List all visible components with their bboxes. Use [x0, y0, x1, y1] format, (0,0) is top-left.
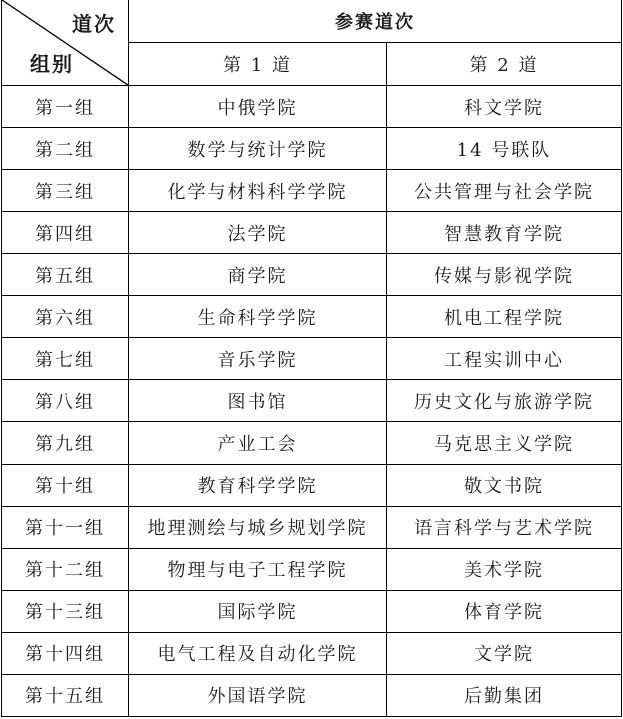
lanes-group-header: 参赛道次: [129, 0, 622, 43]
lane2-cell: 智慧教育学院: [387, 212, 622, 254]
group-cell: 第十三组: [2, 590, 129, 632]
lane1-cell: 商学院: [129, 254, 387, 296]
table-row: 第八组 图书馆 历史文化与旅游学院: [2, 380, 622, 422]
lane1-cell: 外国语学院: [129, 674, 387, 716]
column-header-lane-1: 第 1 道: [129, 43, 387, 86]
group-cell: 第十二组: [2, 548, 129, 590]
lane2-cell: 语言科学与艺术学院: [387, 506, 622, 548]
diagonal-header-cell: 道次 组别: [2, 0, 129, 86]
lane1-cell: 生命科学学院: [129, 296, 387, 338]
lane2-cell: 马克思主义学院: [387, 422, 622, 464]
group-cell: 第八组: [2, 380, 129, 422]
lane2-cell: 历史文化与旅游学院: [387, 380, 622, 422]
group-cell: 第五组: [2, 254, 129, 296]
lane2-cell: 敬文书院: [387, 464, 622, 506]
lane2-cell: 体育学院: [387, 590, 622, 632]
table-row: 第三组 化学与材料科学学院 公共管理与社会学院: [2, 170, 622, 212]
lane2-cell: 文学院: [387, 632, 622, 674]
lane2-cell: 14 号联队: [387, 128, 622, 170]
lane1-cell: 地理测绘与城乡规划学院: [129, 506, 387, 548]
table-row: 第十五组 外国语学院 后勤集团: [2, 674, 622, 716]
lane2-cell: 工程实训中心: [387, 338, 622, 380]
group-cell: 第十组: [2, 464, 129, 506]
lane1-cell: 音乐学院: [129, 338, 387, 380]
lane1-cell: 电气工程及自动化学院: [129, 632, 387, 674]
lane1-cell: 图书馆: [129, 380, 387, 422]
lane1-cell: 物理与电子工程学院: [129, 548, 387, 590]
table-row: 第十组 教育科学学院 敬文书院: [2, 464, 622, 506]
lane2-cell: 后勤集团: [387, 674, 622, 716]
lane1-cell: 化学与材料科学学院: [129, 170, 387, 212]
column-header-lane-2: 第 2 道: [387, 43, 622, 86]
lane2-cell: 机电工程学院: [387, 296, 622, 338]
lane2-cell: 公共管理与社会学院: [387, 170, 622, 212]
group-cell: 第一组: [2, 86, 129, 128]
table-row: 第二组 数学与统计学院 14 号联队: [2, 128, 622, 170]
table-row: 第九组 产业工会 马克思主义学院: [2, 422, 622, 464]
lane1-cell: 国际学院: [129, 590, 387, 632]
lane1-cell: 产业工会: [129, 422, 387, 464]
group-cell: 第十四组: [2, 632, 129, 674]
lane2-cell: 科文学院: [387, 86, 622, 128]
group-cell: 第九组: [2, 422, 129, 464]
lane1-cell: 法学院: [129, 212, 387, 254]
table-row: 第一组 中俄学院 科文学院: [2, 86, 622, 128]
table-row: 第十一组 地理测绘与城乡规划学院 语言科学与艺术学院: [2, 506, 622, 548]
lane2-cell: 美术学院: [387, 548, 622, 590]
table-row: 第六组 生命科学学院 机电工程学院: [2, 296, 622, 338]
table-row: 第四组 法学院 智慧教育学院: [2, 212, 622, 254]
group-cell: 第十五组: [2, 674, 129, 716]
corner-lane-label: 道次: [72, 8, 116, 37]
group-cell: 第三组: [2, 170, 129, 212]
group-cell: 第六组: [2, 296, 129, 338]
table-row: 第十三组 国际学院 体育学院: [2, 590, 622, 632]
lane2-cell: 传媒与影视学院: [387, 254, 622, 296]
group-cell: 第十一组: [2, 506, 129, 548]
group-cell: 第四组: [2, 212, 129, 254]
table-row: 第七组 音乐学院 工程实训中心: [2, 338, 622, 380]
lane1-cell: 数学与统计学院: [129, 128, 387, 170]
lane1-cell: 中俄学院: [129, 86, 387, 128]
table-row: 第五组 商学院 传媒与影视学院: [2, 254, 622, 296]
lane-assignment-table: 道次 组别 参赛道次 第 1 道 第 2 道 第一组 中俄学院 科文学院 第二组…: [1, 0, 622, 717]
group-cell: 第二组: [2, 128, 129, 170]
table-row: 第十二组 物理与电子工程学院 美术学院: [2, 548, 622, 590]
corner-group-label: 组别: [30, 48, 74, 77]
lane1-cell: 教育科学学院: [129, 464, 387, 506]
group-cell: 第七组: [2, 338, 129, 380]
table-row: 第十四组 电气工程及自动化学院 文学院: [2, 632, 622, 674]
